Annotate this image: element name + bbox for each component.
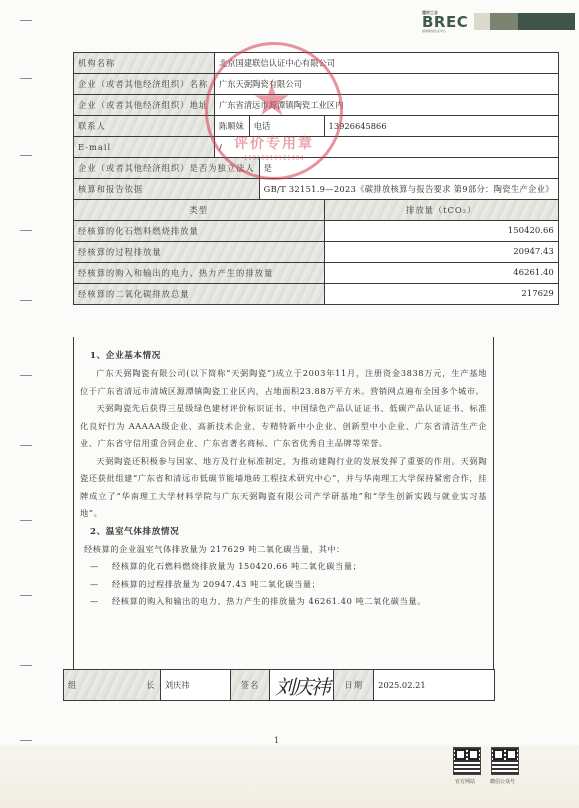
margin-mark — [20, 445, 32, 446]
dash-icon: — — [90, 593, 112, 611]
margin-mark — [20, 740, 32, 741]
qr-label: 官方网站 — [455, 778, 475, 785]
phone-value: 13926645866 — [324, 116, 558, 137]
dash-icon: — — [90, 558, 112, 576]
margin-mark — [20, 665, 32, 666]
margin-mark — [20, 375, 32, 376]
sign-label: 签名 — [230, 670, 270, 701]
org-name-label: 机构名称 — [74, 53, 215, 74]
list-item: —经核算的过程排放量为 20947.43 吨二氧化碳当量； — [80, 576, 487, 594]
emission-label: 经核算的购入和输出的电力、热力产生的排放量 — [74, 263, 325, 284]
paragraph: 天弼陶瓷还积极参与国家、地方及行业标准制定，为推动建陶行业的发展发挥了重要的作用… — [80, 453, 487, 523]
contact-label: 联系人 — [74, 116, 215, 137]
date-value: 2025.02.21 — [374, 670, 495, 701]
section-heading: 1、企业基本情况 — [80, 347, 487, 365]
email-label: E-mail — [74, 137, 215, 158]
margin-mark — [20, 300, 32, 301]
emission-summary: 经核算的企业温室气体排放量为 217629 吨二氧化碳当量，其中： — [80, 541, 487, 559]
margin-mark — [20, 230, 32, 231]
address-label: 企业（或者其他经济组织）地址 — [74, 95, 215, 116]
table-row: 经核算的二氧化碳排放总量 217629 — [74, 284, 559, 305]
margin-mark — [20, 20, 32, 21]
company-name-value: 广东天弼陶瓷有限公司 — [214, 74, 558, 95]
margin-mark — [20, 155, 32, 156]
table-row: E-mail / — [74, 137, 559, 158]
website-qr-code-icon — [453, 747, 481, 775]
table-row: 企业（或者其他经济组织）是否为独立法人 是 — [74, 158, 559, 179]
table-row: 机构名称 北京国建联信认证中心有限公司 — [74, 53, 559, 74]
emission-label: 经核算的化石燃料燃烧排放量 — [74, 221, 325, 242]
emission-value: 150420.66 — [324, 221, 558, 242]
table-row: 经核算的购入和输出的电力、热力产生的排放量 46261.40 — [74, 263, 559, 284]
company-name-label: 企业（或者其他经济组织）名称 — [74, 74, 215, 95]
emission-value: 46261.40 — [324, 263, 558, 284]
margin-mark — [20, 520, 32, 521]
email-value: / — [214, 137, 558, 158]
paragraph: 广东天弼陶瓷有限公司(以下简称“天弼陶瓷”)成立于2003年11月，注册资金38… — [80, 365, 487, 400]
margin-mark — [20, 595, 32, 596]
table-row: 经核算的过程排放量 20947.43 — [74, 242, 559, 263]
narrative-section: 1、企业基本情况 广东天弼陶瓷有限公司(以下简称“天弼陶瓷”)成立于2003年1… — [73, 337, 494, 669]
legal-person-value: 是 — [259, 158, 558, 179]
info-table: 机构名称 北京国建联信认证中心有限公司 企业（或者其他经济组织）名称 广东天弼陶… — [73, 52, 559, 305]
qr-label: 微信公众号 — [490, 778, 515, 785]
basis-value: GB/T 32151.9—2023《碳排放核算与报告要求 第9部分：陶瓷生产企业… — [259, 179, 558, 200]
list-item: —经核算的购入和输出的电力、热力产生的排放量为 46261.40 吨二氧化碳当量… — [80, 593, 487, 611]
dash-icon: — — [90, 576, 112, 594]
emission-value: 217629 — [324, 284, 558, 305]
margin-mark — [20, 78, 32, 79]
date-label: 日期 — [334, 670, 374, 701]
amount-header: 排放量（tCO₂） — [324, 200, 558, 221]
legal-person-label: 企业（或者其他经济组织）是否为独立法人 — [74, 158, 260, 179]
org-name-value: 北京国建联信认证中心有限公司 — [214, 53, 558, 74]
table-row: 经核算的化石燃料燃烧排放量 150420.66 — [74, 221, 559, 242]
page-number: 1 — [274, 736, 279, 745]
emission-label: 经核算的二氧化碳排放总量 — [74, 284, 325, 305]
header-color-bar — [518, 13, 575, 30]
contact-value: 陈顺妹 — [214, 116, 249, 137]
table-row: 联系人 陈顺妹 电话 13926645866 — [74, 116, 559, 137]
emission-label: 经核算的过程排放量 — [74, 242, 325, 263]
basis-label: 核算和报告依据 — [74, 179, 260, 200]
address-value: 广东省清远市源潭镇陶瓷工业区内 — [214, 95, 558, 116]
table-row: 组 长 刘庆祎 签名 刘庆祎 日期 2025.02.21 — [64, 670, 495, 701]
wechat-qr-code-icon — [491, 747, 519, 775]
phone-label: 电话 — [249, 116, 324, 137]
logo-main-text: BREC — [422, 15, 466, 29]
section-heading: 2、温室气体排放情况 — [80, 523, 487, 541]
brec-logo: 建材工业 BREC 国建联信认证中心 — [422, 10, 466, 38]
table-row: 核算和报告依据 GB/T 32151.9—2023《碳排放核算与报告要求 第9部… — [74, 179, 559, 200]
header-color-bar — [474, 13, 490, 30]
table-row: 企业（或者其他经济组织）名称 广东天弼陶瓷有限公司 — [74, 74, 559, 95]
leader-label: 组 长 — [64, 670, 161, 701]
table-row: 类型 排放量（tCO₂） — [74, 200, 559, 221]
handwritten-signature: 刘庆祎 — [270, 670, 334, 701]
type-header: 类型 — [74, 200, 325, 221]
table-row: 企业（或者其他经济组织）地址 广东省清远市源潭镇陶瓷工业区内 — [74, 95, 559, 116]
paragraph: 天弼陶瓷先后获得三星级绿色建材评价标识证书、中国绿色产品认证证书、低碳产品认证证… — [80, 400, 487, 453]
list-item: —经核算的化石燃料燃烧排放量为 150420.66 吨二氧化碳当量； — [80, 558, 487, 576]
header-color-bar — [490, 13, 518, 30]
emission-value: 20947.43 — [324, 242, 558, 263]
leader-name: 刘庆祎 — [160, 670, 230, 701]
signature-table: 组 长 刘庆祎 签名 刘庆祎 日期 2025.02.21 — [63, 669, 495, 701]
